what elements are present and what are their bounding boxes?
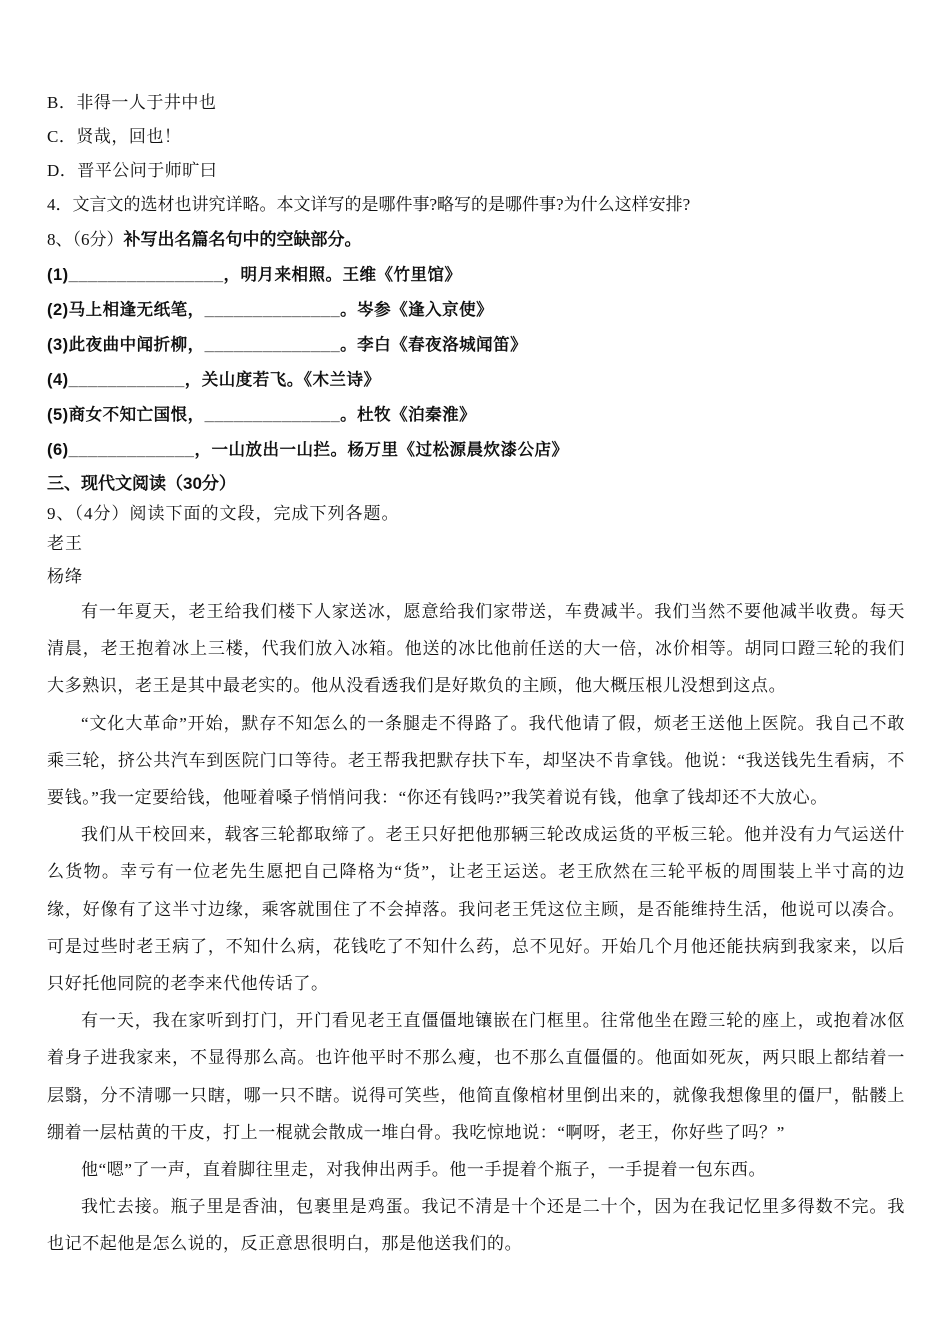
- exam-page: B．非得一人于井中也 C．贤哉，回也！ D．晋平公问于师旷曰 4．文言文的选材也…: [0, 0, 950, 1344]
- blank-item-5: (5)商女不知亡国恨，______________。杜牧《泊秦淮》: [47, 398, 905, 433]
- question-4: 4．文言文的选材也讲究详略。本文详写的是哪件事?略写的是哪件事?为什么这样安排?: [47, 188, 905, 222]
- choice-b: B．非得一人于井中也: [47, 86, 905, 120]
- blank-item-2: (2)马上相逢无纸笔，______________。岑参《逢入京使》: [47, 293, 905, 328]
- essay-title: 老王: [47, 527, 905, 560]
- question-8-title: 补写出名篇名句中的空缺部分。: [124, 230, 362, 249]
- essay-paragraph-1: 有一年夏天，老王给我们楼下人家送冰，愿意给我们家带送，车费减半。我们当然不要他减…: [47, 593, 905, 705]
- section-3-heading: 三、现代文阅读（30分）: [47, 468, 905, 500]
- essay-paragraph-6: 我忙去接。瓶子里是香油，包裹里是鸡蛋。我记不清是十个还是二十个，因为在我记忆里多…: [47, 1188, 905, 1262]
- essay-paragraph-2: “文化大革命”开始，默存不知怎么的一条腿走不得路了。我代他请了假，烦老王送他上医…: [47, 705, 905, 817]
- question-9: 9、（4分）阅读下面的文段，完成下列各题。: [47, 500, 905, 527]
- choice-c: C．贤哉，回也！: [47, 120, 905, 154]
- essay-author: 杨绛: [47, 560, 905, 593]
- essay-paragraph-4: 有一天，我在家听到打门，开门看见老王直僵僵地镶嵌在门框里。往常他坐在蹬三轮的座上…: [47, 1002, 905, 1151]
- question-8-number: 8、（6分）: [47, 230, 124, 249]
- choice-d: D．晋平公问于师旷曰: [47, 154, 905, 188]
- blank-item-3: (3)此夜曲中闻折柳，______________。李白《春夜洛城闻笛》: [47, 328, 905, 363]
- blank-item-6: (6)_____________，一山放出一山拦。杨万里《过松源晨炊漆公店》: [47, 433, 905, 468]
- question-8: 8、（6分）补写出名篇名句中的空缺部分。: [47, 222, 905, 258]
- essay-paragraph-5: 他“嗯”了一声，直着脚往里走，对我伸出两手。他一手提着个瓶子，一手提着一包东西。: [47, 1151, 905, 1188]
- essay-paragraph-3: 我们从干校回来，载客三轮都取缔了。老王只好把他那辆三轮改成运货的平板三轮。他并没…: [47, 816, 905, 1002]
- blank-item-1: (1)________________，明月来相照。王维《竹里馆》: [47, 258, 905, 293]
- blank-item-4: (4)____________，关山度若飞。《木兰诗》: [47, 363, 905, 398]
- essay-body: 有一年夏天，老王给我们楼下人家送冰，愿意给我们家带送，车费减半。我们当然不要他减…: [47, 593, 905, 1263]
